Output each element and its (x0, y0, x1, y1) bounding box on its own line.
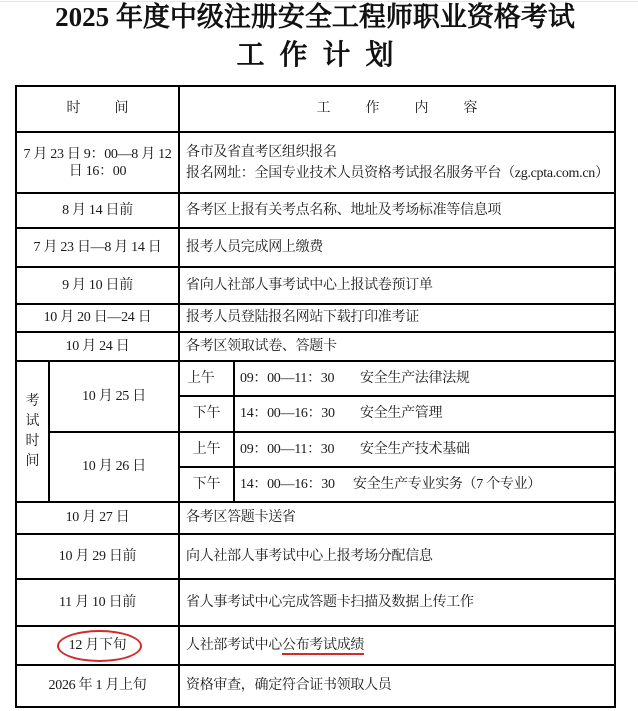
content-cell: 报考人员登陆报名网站下载打印准考证 (179, 304, 615, 332)
exam-period: 上午 (179, 361, 234, 396)
exam-session: 09：00—11：30安全生产法律法规 (234, 361, 615, 396)
table-row: 7 月 23 日 9：00—8 月 12 日 16：00 各市及省直考区组织报名… (16, 132, 615, 193)
table-row: 10 月 20 日—24 日 报考人员登陆报名网站下载打印准考证 (16, 304, 615, 332)
time-cell: 8 月 14 日前 (16, 193, 179, 228)
time-cell: 10 月 27 日 (16, 502, 179, 534)
exam-session-row: 考试时间 10 月 25 日 上午 09：00—11：30安全生产法律法规 (16, 361, 615, 396)
time-cell: 10 月 29 日前 (16, 534, 179, 579)
registration-url-line: 报名网址：全国专业技术人员资格考试报名服务平台（zg.cpta.com.cn） (186, 163, 614, 184)
content-cell: 人社部考试中心公布考试成绩 (179, 626, 615, 665)
exam-subject: 安全生产专业实务（7 个专业） (353, 477, 541, 492)
time-cell: 9 月 10 日前 (16, 267, 179, 304)
time-cell: 10 月 24 日 (16, 332, 179, 361)
work-plan-table: 时间 工作内容 7 月 23 日 9：00—8 月 12 日 16：00 各市及… (15, 85, 616, 708)
content-cell: 向人社部人事考试中心上报考场分配信息 (179, 534, 615, 579)
header-time: 时间 (16, 86, 179, 132)
table-row: 7 月 23 日—8 月 14 日 报考人员完成网上缴费 (16, 228, 615, 267)
underlined-highlight: 公布考试成绩 (282, 638, 364, 655)
content-cell: 报考人员完成网上缴费 (179, 228, 615, 267)
table-row: 2026 年 1 月上旬 资格审查，确定符合证书领取人员 (16, 665, 615, 707)
exam-session-time: 09：00—11：30 (240, 369, 360, 389)
content-line: 各市及省直考区组织报名 (186, 142, 614, 163)
document-subtitle: 工作计划 (0, 40, 630, 72)
content-cell: 省向人社部人事考试中心上报试卷预订单 (179, 267, 615, 304)
exam-period: 下午 (179, 396, 234, 432)
time-line: 日 16：00 (17, 163, 178, 180)
table-row-results: 12 月下旬 人社部考试中心公布考试成绩 (16, 626, 615, 665)
content-cell: 各考区领取试卷、答题卡 (179, 332, 615, 361)
exam-subject: 安全生产法律法规 (360, 371, 470, 386)
exam-subject: 安全生产技术基础 (360, 442, 470, 457)
time-cell: 2026 年 1 月上旬 (16, 665, 179, 707)
header-content: 工作内容 (179, 86, 615, 132)
exam-period: 上午 (179, 432, 234, 467)
exam-session-time: 14：00—16：30 (240, 404, 360, 424)
table-row: 10 月 27 日 各考区答题卡送省 (16, 502, 615, 534)
exam-date: 10 月 25 日 (49, 361, 179, 432)
exam-session: 14：00—16：30安全生产管理 (234, 396, 615, 432)
exam-period: 下午 (179, 467, 234, 502)
time-cell-circled: 12 月下旬 (16, 626, 179, 665)
time-cell: 10 月 20 日—24 日 (16, 304, 179, 332)
table-row: 10 月 29 日前 向人社部人事考试中心上报考场分配信息 (16, 534, 615, 579)
exam-date: 10 月 26 日 (49, 432, 179, 502)
table-row: 8 月 14 日前 各考区上报有关考点名称、地址及考场标准等信息项 (16, 193, 615, 228)
table-row: 10 月 24 日 各考区领取试卷、答题卡 (16, 332, 615, 361)
exam-session: 09：00—11：30安全生产技术基础 (234, 432, 615, 467)
content-cell: 资格审查，确定符合证书领取人员 (179, 665, 615, 707)
exam-subject: 安全生产管理 (360, 406, 442, 421)
content-cell: 省人事考试中心完成答题卡扫描及数据上传工作 (179, 579, 615, 626)
content-text: 人社部考试中心 (186, 638, 282, 653)
exam-time-label: 考试时间 (26, 392, 40, 472)
table-row: 9 月 10 日前 省向人社部人事考试中心上报试卷预订单 (16, 267, 615, 304)
table-header-row: 时间 工作内容 (16, 86, 615, 132)
exam-session-time: 09：00—11：30 (240, 440, 360, 460)
table-row: 11 月 10 日前 省人事考试中心完成答题卡扫描及数据上传工作 (16, 579, 615, 626)
content-cell: 各市及省直考区组织报名 报名网址：全国专业技术人员资格考试报名服务平台（zg.c… (179, 132, 615, 193)
time-line: 7 月 23 日 9：00—8 月 12 (17, 146, 178, 163)
exam-session-row: 10 月 26 日 上午 09：00—11：30安全生产技术基础 (16, 432, 615, 467)
content-cell: 各考区答题卡送省 (179, 502, 615, 534)
exam-session: 14：00—16：30安全生产专业实务（7 个专业） (234, 467, 615, 502)
time-cell: 7 月 23 日—8 月 14 日 (16, 228, 179, 267)
content-cell: 各考区上报有关考点名称、地址及考场标准等信息项 (179, 193, 615, 228)
document-title: 2025 年度中级注册安全工程师职业资格考试 (0, 1, 630, 33)
exam-session-time: 14：00—16：30 (240, 475, 353, 495)
time-cell: 7 月 23 日 9：00—8 月 12 日 16：00 (16, 132, 179, 193)
exam-label-cell: 考试时间 (16, 361, 49, 502)
time-cell: 11 月 10 日前 (16, 579, 179, 626)
